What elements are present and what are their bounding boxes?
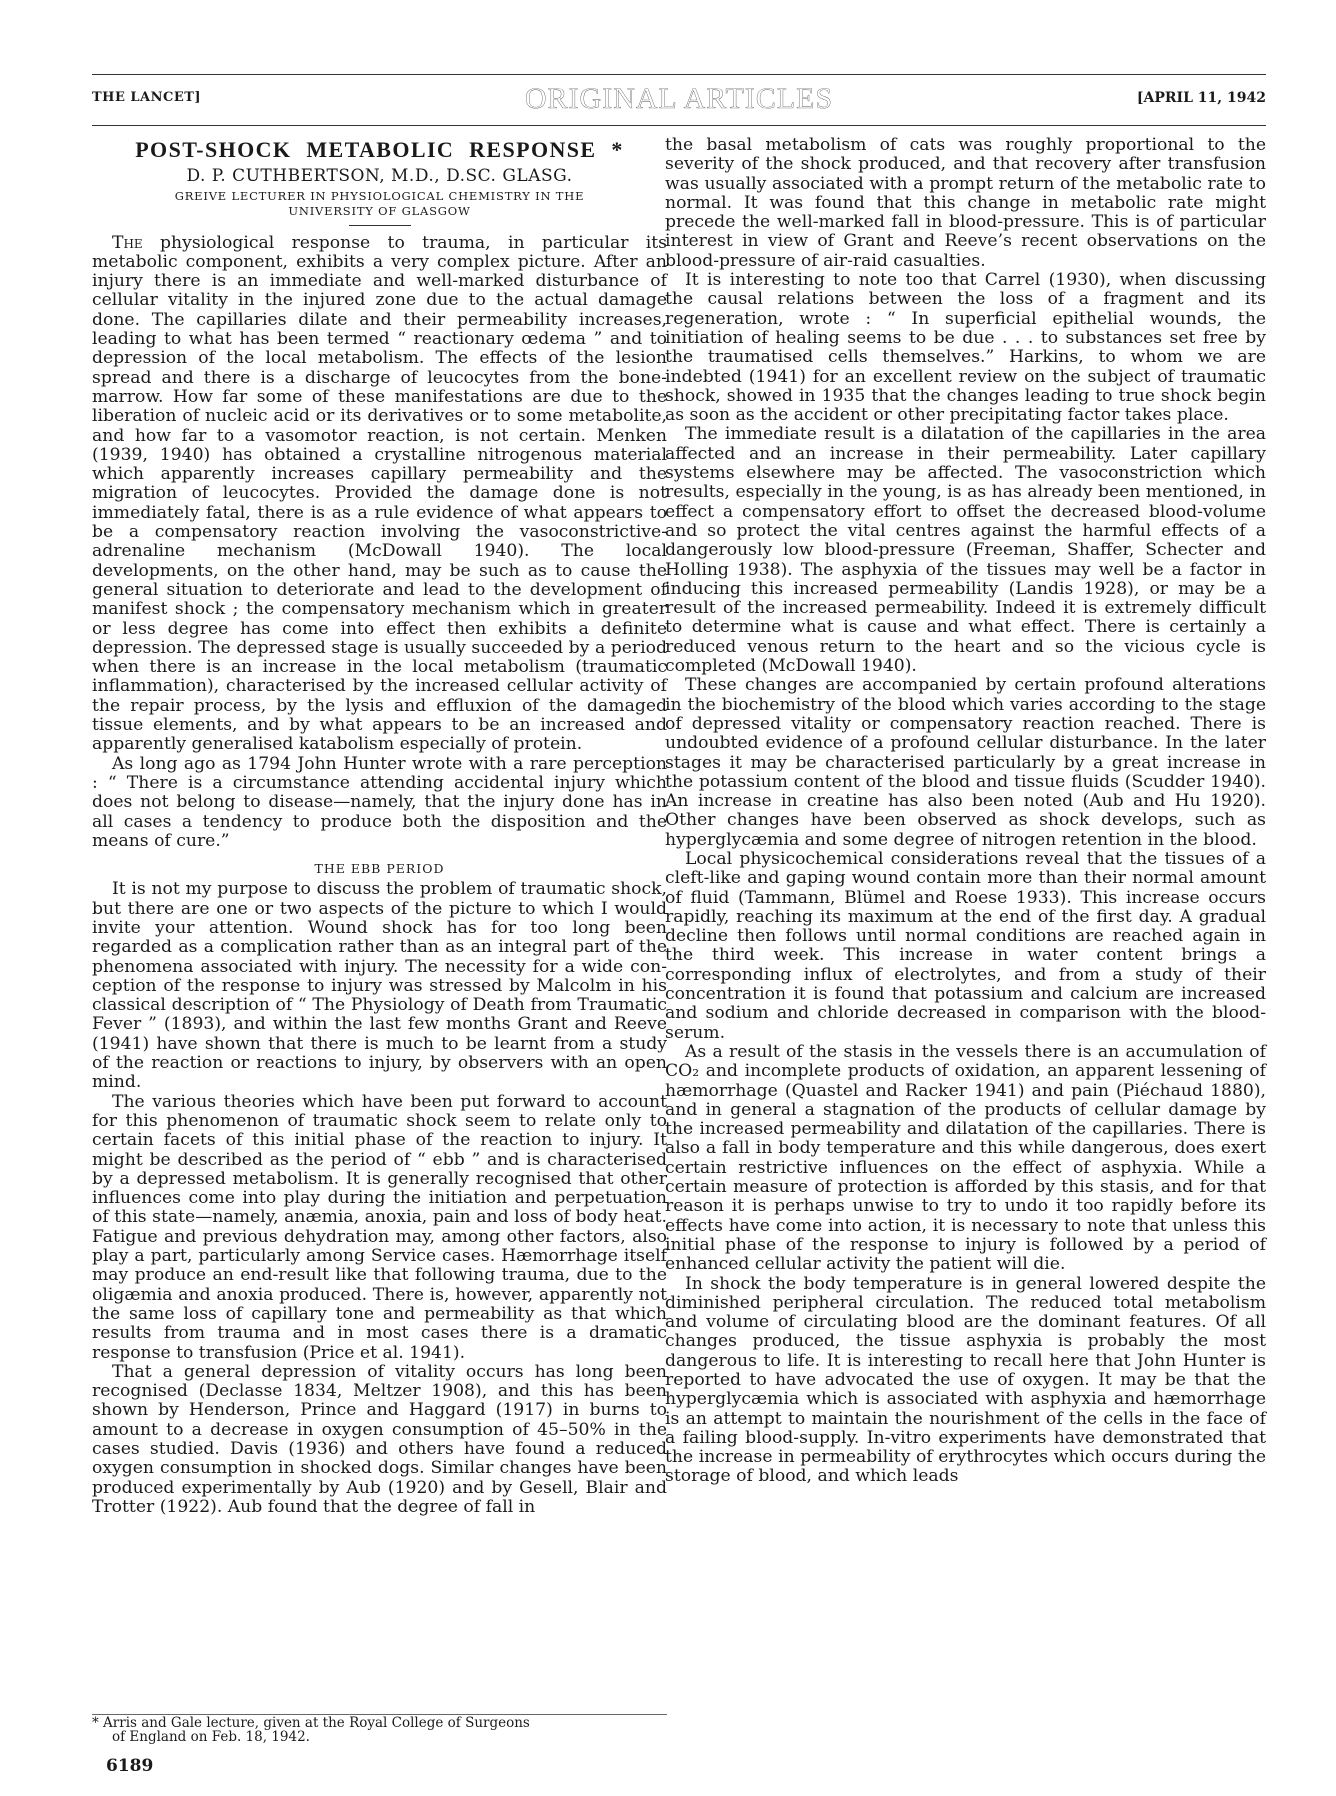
title-divider: [349, 225, 411, 226]
paragraph: It is interesting to note too that Carre…: [665, 271, 1266, 425]
lead-word: The: [112, 233, 143, 253]
paragraph: It is not my purpose to discuss the prob…: [92, 880, 667, 1092]
footnote: * Arris and Gale lecture, given at the R…: [92, 1716, 667, 1744]
left-column: POST-SHOCK METABOLIC RESPONSE * D. P. CU…: [92, 136, 667, 1517]
paragraph: The immediate result is a dilatation of …: [665, 425, 1266, 676]
article-title: POST-SHOCK METABOLIC RESPONSE *: [92, 140, 667, 159]
author-line: D. P. CUTHBERTSON, M.D., D.SC. GLASG.: [92, 167, 667, 186]
section-heading: THE EBB PERIOD: [92, 859, 667, 878]
paragraph: That a general depression of vitality oc…: [92, 1363, 667, 1517]
paragraph: Local physicochemical considerations rev…: [665, 850, 1266, 1043]
footnote-line: * Arris and Gale lecture, given at the R…: [92, 1716, 667, 1730]
paragraph: As a result of the stasis in the vessels…: [665, 1043, 1266, 1275]
footnote-line: of England on Feb. 18, 1942.: [92, 1730, 667, 1744]
paragraph: As long ago as 1794 John Hunter wrote wi…: [92, 755, 667, 851]
paragraph: In shock the body temperature is in gene…: [665, 1275, 1266, 1487]
paragraph: These changes are accompanied by certain…: [665, 676, 1266, 850]
running-head: THE LANCET] ORIGINAL ARTICLES [APRIL 11,…: [92, 82, 1266, 122]
header-bottom-rule: [92, 125, 1266, 126]
paragraph: The physiological response to trauma, in…: [92, 234, 667, 755]
paragraph: The various theories which have been put…: [92, 1093, 667, 1363]
paragraph: the basal metabolism of cats was roughly…: [665, 136, 1266, 271]
page-number: 6189: [106, 1756, 153, 1776]
author-affiliation: GREIVE LECTURER IN PHYSIOLOGICAL CHEMIST…: [132, 189, 627, 219]
right-column: the basal metabolism of cats was roughly…: [665, 136, 1266, 1487]
section-title: ORIGINAL ARTICLES: [92, 82, 1266, 116]
top-rule: [92, 74, 1266, 75]
issue-date: [APRIL 11, 1942: [1137, 90, 1266, 106]
